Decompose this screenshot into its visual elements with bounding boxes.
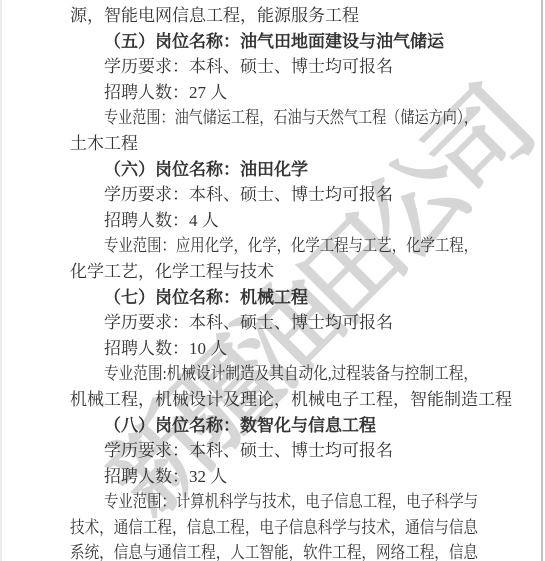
page-left-edge bbox=[0, 0, 2, 561]
line-text: 源，智能电网信息工程，能源服务工程 bbox=[70, 3, 359, 29]
document-line: 学历要求：本科、硕士、博士均可报名 bbox=[70, 310, 478, 336]
document-line: 机械工程，机械设计及理论，机械电子工程，智能制造工程 bbox=[70, 387, 478, 413]
document-line: 技术，通信工程，信息工程，电子信息科学与技术，通信与信息 bbox=[70, 515, 478, 541]
line-text: 学历要求：本科、硕士、博士均可报名 bbox=[104, 438, 393, 464]
line-text: 招聘人数：4 人 bbox=[104, 208, 219, 234]
position-heading-line: （五）岗位名称：油气田地面建设与油气储运 bbox=[70, 29, 478, 55]
document-line: 学历要求：本科、硕士、博士均可报名 bbox=[70, 182, 478, 208]
line-text: 招聘人数：32 人 bbox=[104, 464, 227, 490]
document-line: 专业范围:机械设计制造及其自动化,过程装备与控制工程， bbox=[70, 361, 478, 387]
document-line: 学历要求：本科、硕士、博士均可报名 bbox=[70, 438, 478, 464]
document-line: 招聘人数：4 人 bbox=[70, 208, 478, 234]
line-text: 化学工艺，化学工程与技术 bbox=[70, 259, 274, 285]
line-text: 专业范围：应用化学，化学，化学工程与工艺，化学工程， bbox=[104, 233, 478, 259]
document-line: 专业范围：计算机科学与技术，电子信息工程，电子科学与 bbox=[70, 489, 478, 515]
line-text: （七）岗位名称：机械工程 bbox=[104, 285, 308, 311]
line-text: 技术，通信工程，信息工程，电子信息科学与技术，通信与信息 bbox=[70, 515, 478, 541]
line-text: 招聘人数：27 人 bbox=[104, 80, 227, 106]
line-text: 专业范围：油气储运工程，石油与天然气工程（储运方向）， bbox=[104, 105, 478, 131]
line-text: （五）岗位名称：油气田地面建设与油气储运 bbox=[104, 29, 444, 55]
line-text: 土木工程 bbox=[70, 131, 138, 157]
line-text: 专业范围：计算机科学与技术，电子信息工程，电子科学与 bbox=[104, 489, 478, 515]
document-line: 专业范围：应用化学，化学，化学工程与工艺，化学工程， bbox=[70, 233, 478, 259]
document-line: 系统，信息与通信工程，人工智能，软件工程，网络工程，信息 bbox=[70, 540, 478, 561]
line-text: 学历要求：本科、硕士、博士均可报名 bbox=[104, 54, 393, 80]
line-text: 学历要求：本科、硕士、博士均可报名 bbox=[104, 182, 393, 208]
document-body: 源，智能电网信息工程，能源服务工程（五）岗位名称：油气田地面建设与油气储运学历要… bbox=[70, 3, 478, 561]
page-right-edge bbox=[541, 0, 543, 561]
document-line: 化学工艺，化学工程与技术 bbox=[70, 259, 478, 285]
document-page: 新疆油田公司 源，智能电网信息工程，能源服务工程（五）岗位名称：油气田地面建设与… bbox=[0, 0, 545, 561]
document-line: 招聘人数：27 人 bbox=[70, 80, 478, 106]
position-heading-line: （七）岗位名称：机械工程 bbox=[70, 285, 478, 311]
line-text: （八）岗位名称：数智化与信息工程 bbox=[104, 413, 376, 439]
line-text: 机械工程，机械设计及理论，机械电子工程，智能制造工程 bbox=[70, 387, 512, 413]
document-line: 源，智能电网信息工程，能源服务工程 bbox=[70, 3, 478, 29]
position-heading-line: （六）岗位名称：油田化学 bbox=[70, 157, 478, 183]
document-line: 专业范围：油气储运工程，石油与天然气工程（储运方向）， bbox=[70, 105, 478, 131]
line-text: 系统，信息与通信工程，人工智能，软件工程，网络工程，信息 bbox=[70, 540, 478, 561]
document-line: 招聘人数：32 人 bbox=[70, 464, 478, 490]
document-line: 招聘人数：10 人 bbox=[70, 336, 478, 362]
line-text: 专业范围:机械设计制造及其自动化,过程装备与控制工程， bbox=[104, 361, 478, 387]
line-text: 学历要求：本科、硕士、博士均可报名 bbox=[104, 310, 393, 336]
line-text: 招聘人数：10 人 bbox=[104, 336, 227, 362]
line-text: （六）岗位名称：油田化学 bbox=[104, 157, 308, 183]
document-line: 土木工程 bbox=[70, 131, 478, 157]
document-line: 学历要求：本科、硕士、博士均可报名 bbox=[70, 54, 478, 80]
position-heading-line: （八）岗位名称：数智化与信息工程 bbox=[70, 413, 478, 439]
